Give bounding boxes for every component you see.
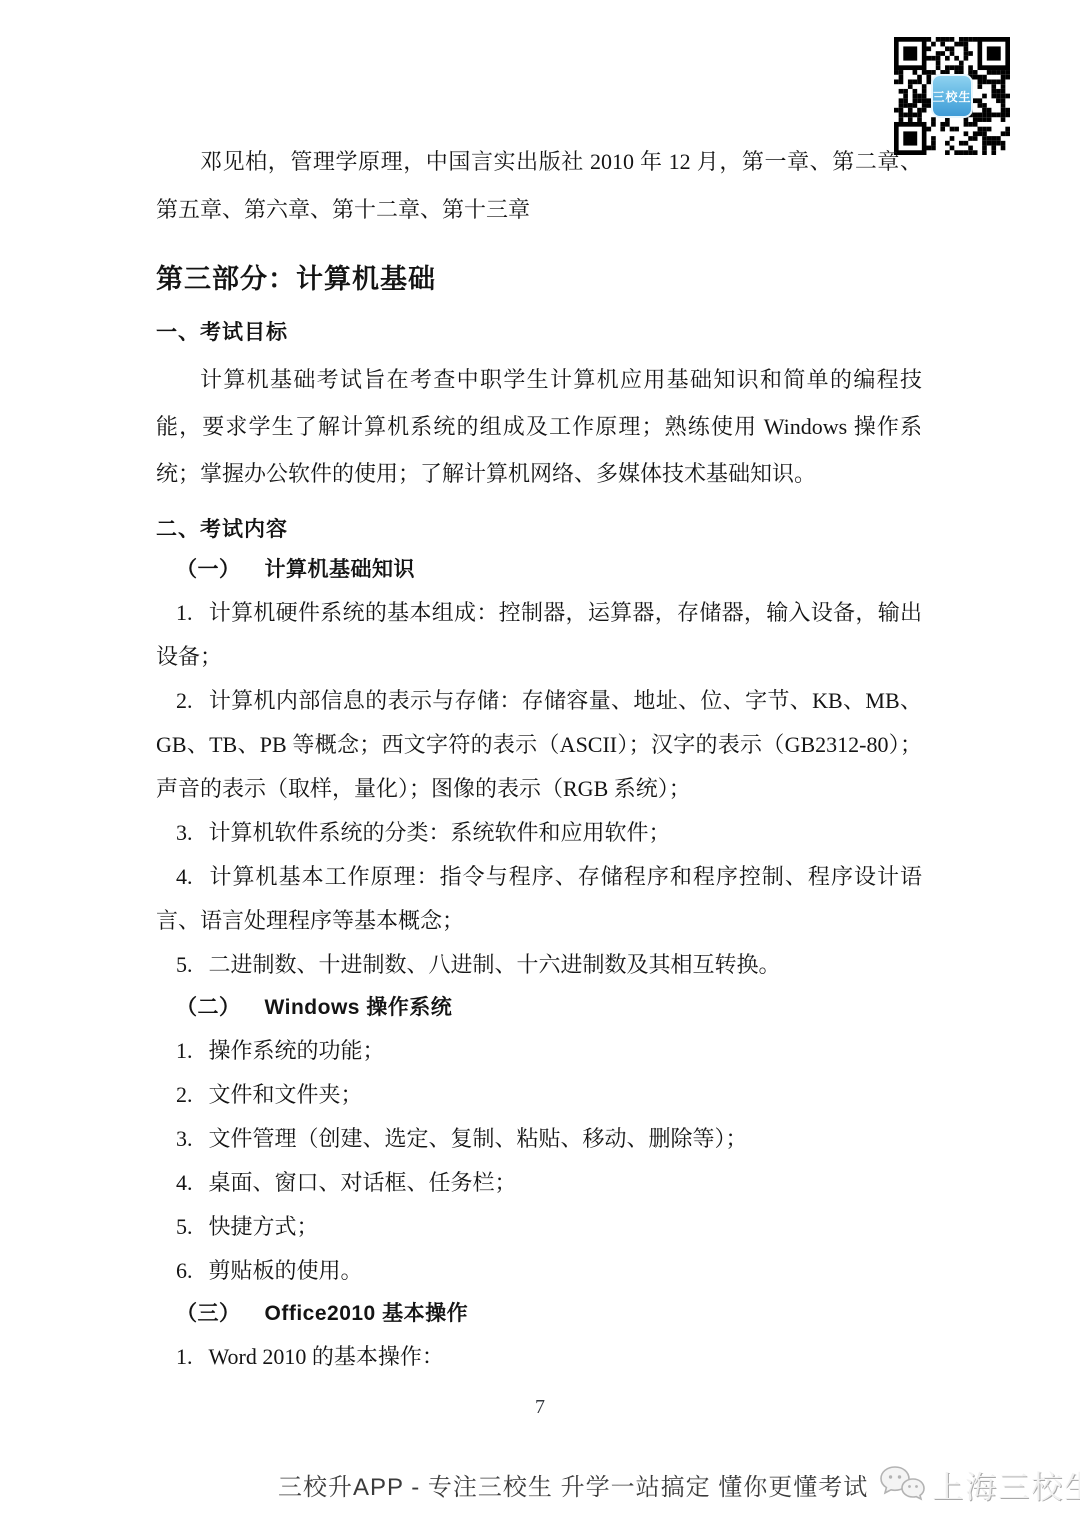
list-item-number: 1. (176, 1038, 193, 1063)
list-item: 2.计算机内部信息的表示与存储：存储容量、地址、位、字节、KB、MB、GB、TB… (156, 679, 922, 811)
subsection-heading: （三）Office2010 基本操作 (156, 1295, 922, 1333)
list-item-number: 3. (176, 820, 193, 845)
list-item-number: 2. (176, 1082, 193, 1107)
list-item-text: Word 2010 的基本操作： (209, 1344, 444, 1369)
list-item: 5.快捷方式； (156, 1205, 922, 1249)
list-item: 4.计算机基本工作原理：指令与程序、存储程序和程序控制、程序设计语言、语言处理程… (156, 855, 922, 943)
list-item: 1.操作系统的功能； (156, 1029, 922, 1073)
list-item: 5.二进制数、十进制数、八进制、十六进制数及其相互转换。 (156, 943, 922, 987)
list-item-number: 2. (176, 688, 193, 713)
list-item-number: 5. (176, 1214, 193, 1239)
list-item-number: 1. (176, 600, 193, 625)
subsection-title: 计算机基础知识 (265, 558, 416, 581)
list-item: 6.剪贴板的使用。 (156, 1249, 922, 1293)
list-item-number: 4. (176, 1170, 193, 1195)
list-item-text: 文件和文件夹； (209, 1082, 363, 1107)
list-item-number: 6. (176, 1258, 193, 1283)
subsection-label: （一） (176, 558, 241, 581)
list-item-text: 计算机内部信息的表示与存储：存储容量、地址、位、字节、KB、MB、GB、TB、P… (156, 688, 922, 801)
exam-content-heading: 二、考试内容 (156, 511, 922, 549)
list-item-text: 快捷方式； (209, 1214, 319, 1239)
document-page: 三校生 邓见柏，管理学原理，中国言实出版社 2010 年 12 月，第一章、第二… (0, 0, 1080, 1527)
page-number: 7 (0, 1396, 1080, 1419)
exam-goal-body: 计算机基础考试旨在考查中职学生计算机应用基础知识和简单的编程技能，要求学生了解计… (156, 356, 922, 497)
document-body: 邓见柏，管理学原理，中国言实出版社 2010 年 12 月，第一章、第二章、第五… (156, 138, 922, 1379)
list-item: 4.桌面、窗口、对话框、任务栏； (156, 1161, 922, 1205)
subsection-title: Windows 操作系统 (265, 996, 453, 1019)
list-item-text: 剪贴板的使用。 (209, 1258, 363, 1283)
list-item-text: 计算机基本工作原理：指令与程序、存储程序和程序控制、程序设计语言、语言处理程序等… (156, 864, 922, 933)
footer-watermark: 上海三校生之家 (932, 1462, 1080, 1507)
qr-logo-text: 三校生 (933, 88, 972, 105)
list-item-text: 计算机软件系统的分类：系统软件和应用软件； (209, 820, 671, 845)
part-title: 第三部分：计算机基础 (156, 258, 922, 300)
list-item-text: 文件管理（创建、选定、复制、粘贴、移动、删除等）； (209, 1126, 748, 1151)
subsection-label: （二） (176, 996, 241, 1019)
reference-text: 邓见柏，管理学原理，中国言实出版社 2010 年 12 月，第一章、第二章、第五… (156, 138, 922, 234)
list-item: 3.计算机软件系统的分类：系统软件和应用软件； (156, 811, 922, 855)
list-item: 1.计算机硬件系统的基本组成：控制器，运算器，存储器，输入设备，输出设备； (156, 591, 922, 679)
list-item-text: 操作系统的功能； (209, 1038, 385, 1063)
subsection-title: Office2010 基本操作 (265, 1302, 469, 1325)
list-item: 1.Word 2010 的基本操作： (156, 1335, 922, 1379)
list-item-number: 3. (176, 1126, 193, 1151)
exam-content-subsections: （一）计算机基础知识1.计算机硬件系统的基本组成：控制器，运算器，存储器，输入设… (156, 551, 922, 1379)
list-item-number: 4. (176, 864, 193, 889)
list-item-text: 计算机硬件系统的基本组成：控制器，运算器，存储器，输入设备，输出设备； (156, 600, 922, 669)
subsection-label: （三） (176, 1302, 241, 1325)
list-item-number: 1. (176, 1344, 193, 1369)
list-item-number: 5. (176, 952, 193, 977)
subsection-heading: （一）计算机基础知识 (156, 551, 922, 589)
footer: 三校升APP - 专注三校生 升学一站搞定 懂你更懂考试 上海三校生之家 (278, 1460, 1080, 1508)
exam-goal-heading: 一、考试目标 (156, 314, 922, 352)
list-item: 3.文件管理（创建、选定、复制、粘贴、移动、删除等）； (156, 1117, 922, 1161)
qr-logo: 三校生 (931, 74, 973, 118)
subsection-heading: （二）Windows 操作系统 (156, 989, 922, 1027)
list-item-text: 二进制数、十进制数、八进制、十六进制数及其相互转换。 (209, 952, 781, 977)
list-item: 2.文件和文件夹； (156, 1073, 922, 1117)
wechat-icon (878, 1464, 926, 1504)
list-item-text: 桌面、窗口、对话框、任务栏； (209, 1170, 517, 1195)
footer-slogan: 三校升APP - 专注三校生 升学一站搞定 懂你更懂考试 (278, 1467, 868, 1502)
